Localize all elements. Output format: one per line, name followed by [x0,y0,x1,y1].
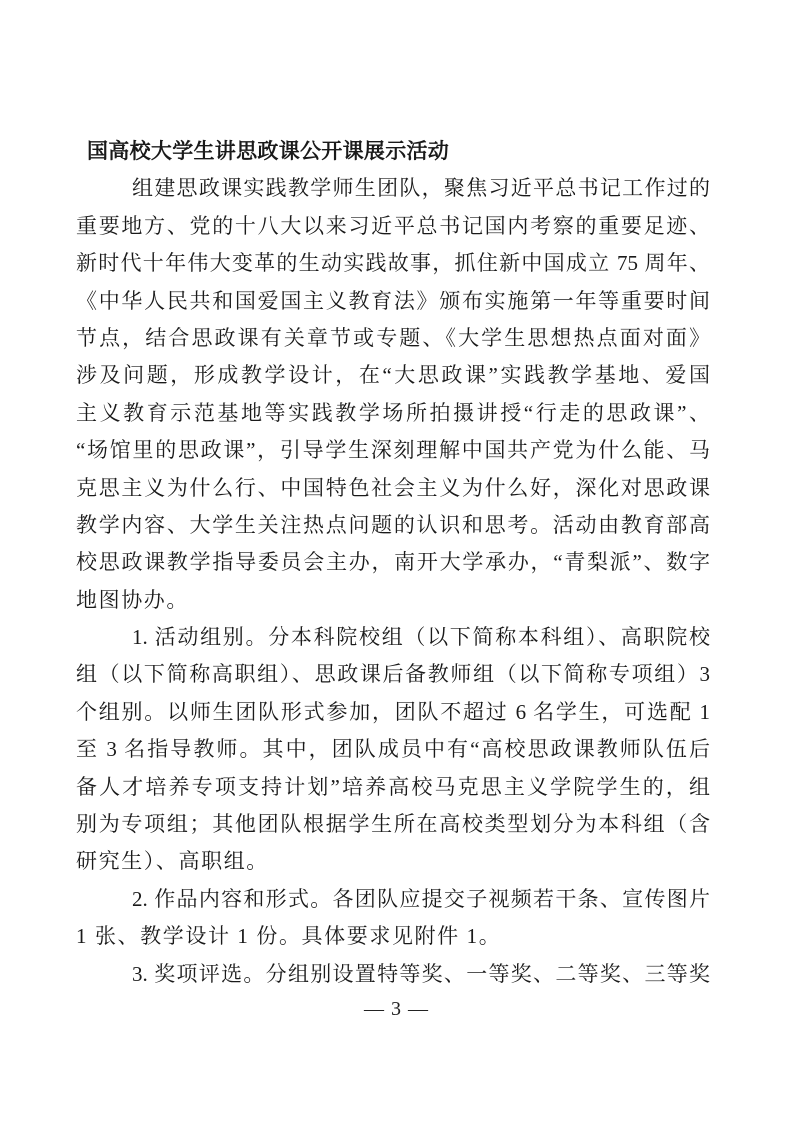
text-line: 组建思政课实践教学师生团队，聚焦习近平总书记工作过的 [76,170,710,207]
text-line: 至 3 名指导教师。其中，团队成员中有“高校思政课教师队伍后 [76,731,710,768]
list-item-1-line: 1. 活动组别。分本科院校组（以下简称本科组）、高职院校 [76,619,710,656]
text-line: 1 张、教学设计 1 份。具体要求见附件 1。 [76,918,710,955]
paragraph-overview: 组建思政课实践教学师生团队，聚焦习近平总书记工作过的 重要地方、党的十八大以来习… [76,170,710,619]
text-line: 重要地方、党的十八大以来习近平总书记国内考察的重要足迹、 [76,208,710,245]
document-body: 国高校大学生讲思政课公开课展示活动 组建思政课实践教学师生团队，聚焦习近平总书记… [76,133,710,993]
paragraph-work-content: 2. 作品内容和形式。各团队应提交子视频若干条、宣传图片 1 张、教学设计 1 … [76,881,710,956]
text-line: 涉及问题，形成教学设计，在“大思政课”实践教学基地、爱国 [76,357,710,394]
paragraph-activity-groups: 1. 活动组别。分本科院校组（以下简称本科组）、高职院校 组（以下简称高职组）、… [76,619,710,881]
text-line: 主义教育示范基地等实践教学场所拍摄讲授“行走的思政课”、 [76,395,710,432]
page-number: — 3 — [364,998,429,1020]
text-line: “场馆里的思政课”，引导学生深刻理解中国共产党为什么能、马 [76,432,710,469]
list-item-3-line: 3. 奖项评选。分组别设置特等奖、一等奖、二等奖、三等奖 [76,956,710,993]
text-line: 节点，结合思政课有关章节或专题、《大学生思想热点面对面》 [76,320,710,357]
text-line: 《中华人民共和国爱国主义教育法》颁布实施第一年等重要时间 [76,283,710,320]
text-line: 教学内容、大学生关注热点问题的认识和思考。活动由教育部高 [76,507,710,544]
text-line: 个组别。以师生团队形式参加，团队不超过 6 名学生，可选配 1 [76,694,710,731]
text-line: 校思政课教学指导委员会主办，南开大学承办，“青梨派”、数字 [76,544,710,581]
text-line: 地图协办。 [76,582,710,619]
list-item-2-line: 2. 作品内容和形式。各团队应提交子视频若干条、宣传图片 [76,881,710,918]
page-footer: — 3 — [0,998,793,1021]
paragraph-award-selection: 3. 奖项评选。分组别设置特等奖、一等奖、二等奖、三等奖 [76,956,710,993]
text-line: 克思主义为什么行、中国特色社会主义为什么好，深化对思政课 [76,470,710,507]
heading-continuation: 国高校大学生讲思政课公开课展示活动 [76,133,710,170]
text-line: 组（以下简称高职组）、思政课后备教师组（以下简称专项组）3 [76,656,710,693]
document-page: 国高校大学生讲思政课公开课展示活动 组建思政课实践教学师生团队，聚焦习近平总书记… [0,0,793,1122]
text-line: 别为专项组；其他团队根据学生所在高校类型划分为本科组（含 [76,806,710,843]
text-line: 新时代十年伟大变革的生动实践故事，抓住新中国成立 75 周年、 [76,245,710,282]
text-line: 备人才培养专项支持计划”培养高校马克思主义学院学生的，组 [76,769,710,806]
text-line: 研究生）、高职组。 [76,843,710,880]
